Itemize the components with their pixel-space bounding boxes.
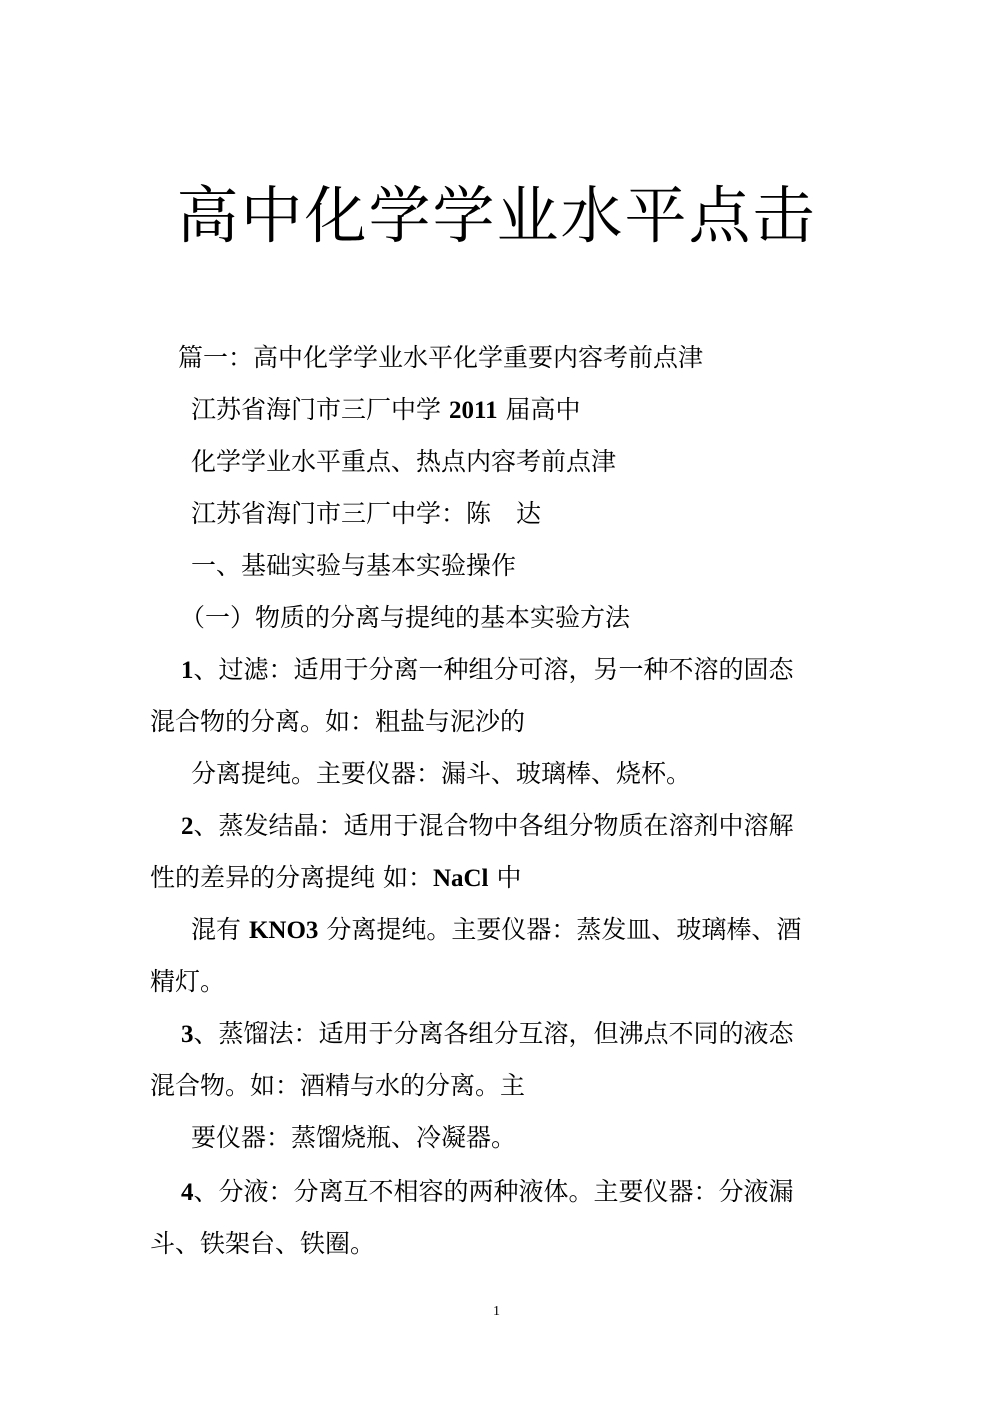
formula-kno3: KNO3 xyxy=(249,917,318,944)
paragraph-text: 混有 xyxy=(191,915,249,944)
document-page: 高中化学学业水平点击 篇一：高中化学学业水平化学重要内容考前点津 江苏省海门市三… xyxy=(0,0,993,1404)
paragraph-filtration: 1、过滤：适用于分离一种组分可溶，另一种不溶的固态 xyxy=(181,653,794,688)
paragraph-text: 、蒸馏法：适用于分离各组分互溶，但沸点不同的液态 xyxy=(194,1019,794,1048)
paragraph-text: 、蒸发结晶：适用于混合物中各组分物质在溶剂中溶解 xyxy=(194,811,794,840)
item-number: 1 xyxy=(181,657,194,684)
paragraph-line: 混有 KNO3 分离提纯。主要仪器：蒸发皿、玻璃棒、酒 xyxy=(191,913,801,948)
section-heading-one: 一、基础实验与基本实验操作 xyxy=(191,549,516,583)
paragraph-text: 中 xyxy=(489,863,522,892)
paragraph-text: 分离提纯。主要仪器：蒸发皿、玻璃棒、酒 xyxy=(318,915,801,944)
author-line: 江苏省海门市三厂中学：陈 达 xyxy=(191,497,541,531)
paragraph-separation: 4、分液：分离互不相容的两种液体。主要仪器：分液漏 xyxy=(181,1175,794,1210)
paragraph-text: 、过滤：适用于分离一种组分可溶，另一种不溶的固态 xyxy=(194,655,794,684)
paragraph-line: 性的差异的分离提纯 如：NaCl 中 xyxy=(150,861,521,896)
document-title: 高中化学学业水平点击 xyxy=(0,176,993,256)
author-school-line: 江苏省海门市三厂中学 2011 届高中 xyxy=(191,393,581,428)
page-number: 1 xyxy=(0,1304,993,1320)
item-number: 3 xyxy=(181,1021,194,1048)
school-text: 江苏省海门市三厂中学 xyxy=(191,395,449,424)
item-number: 2 xyxy=(181,813,194,840)
paragraph-line: 斗、铁架台、铁圈。 xyxy=(150,1227,375,1261)
paragraph-line: 混合物的分离。如：粗盐与泥沙的 xyxy=(150,705,525,739)
paragraph-line: 混合物。如：酒精与水的分离。主 xyxy=(150,1069,525,1103)
subsection-heading-one: （一）物质的分离与提纯的基本实验方法 xyxy=(180,601,630,635)
item-number: 4 xyxy=(181,1179,194,1206)
paragraph-distillation: 3、蒸馏法：适用于分离各组分互溶，但沸点不同的液态 xyxy=(181,1017,794,1052)
paragraph-evaporation: 2、蒸发结晶：适用于混合物中各组分物质在溶剂中溶解 xyxy=(181,809,794,844)
formula-nacl: NaCl xyxy=(433,865,489,892)
paragraph-line: 分离提纯。主要仪器：漏斗、玻璃棒、烧杯。 xyxy=(191,757,691,791)
grade-text: 届高中 xyxy=(498,395,581,424)
section-heading-part-one: 篇一：高中化学学业水平化学重要内容考前点津 xyxy=(178,341,703,375)
paragraph-text: 性的差异的分离提纯 如： xyxy=(150,863,433,892)
paragraph-line: 要仪器：蒸馏烧瓶、冷凝器。 xyxy=(191,1121,516,1155)
year-text: 2011 xyxy=(449,397,498,424)
paragraph-text: 、分液：分离互不相容的两种液体。主要仪器：分液漏 xyxy=(194,1177,794,1206)
paragraph-line: 精灯。 xyxy=(150,965,225,999)
subtitle-line: 化学学业水平重点、热点内容考前点津 xyxy=(191,445,616,479)
